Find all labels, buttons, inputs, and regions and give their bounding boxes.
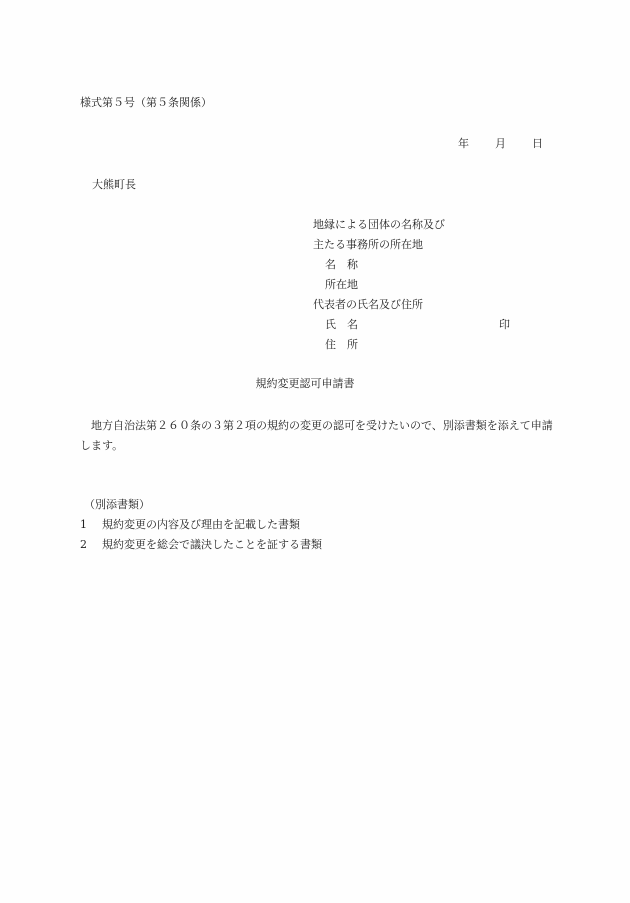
recipient: 大熊町長 <box>92 179 136 190</box>
applicant-block: 地縁による団体の名称及び 主たる事務所の所在地 名 称 所在地 代表者の氏名及び… <box>313 218 445 358</box>
attachment-number: 2 <box>80 538 102 551</box>
form-number: 様式第５号（第５条関係） <box>80 97 212 108</box>
attachment-item: 1規約変更の内容及び理由を記載した書類 <box>80 518 322 538</box>
document-title: 規約変更認可申請書 <box>0 378 630 389</box>
body-text: 地方自治法第２６０条の３第２項の規約の変更の認可を受けたいので、別添書類を添えて… <box>80 416 555 456</box>
rep-heading: 代表者の氏名及び住所 <box>313 298 445 318</box>
org-address-label: 所在地 <box>313 278 445 298</box>
org-name-label: 名 称 <box>313 258 445 278</box>
rep-name-label: 氏 名 <box>325 318 358 331</box>
attachment-item: 2規約変更を総会で議決したことを証する書類 <box>80 538 322 558</box>
attachments-heading: （別添書類） <box>80 498 322 518</box>
date-line: 年月日 <box>458 138 543 149</box>
rep-name-row: 氏 名 印 <box>313 318 445 338</box>
month-label: 月 <box>495 138 506 149</box>
attachment-text: 規約変更を総会で議決したことを証する書類 <box>102 538 322 551</box>
attachments-list: （別添書類） 1規約変更の内容及び理由を記載した書類 2規約変更を総会で議決した… <box>80 498 322 558</box>
rep-address-label: 住 所 <box>313 338 445 358</box>
org-heading-line1: 地縁による団体の名称及び <box>313 218 445 238</box>
attachment-text: 規約変更の内容及び理由を記載した書類 <box>102 518 300 531</box>
attachment-number: 1 <box>80 518 102 531</box>
day-label: 日 <box>532 138 543 149</box>
year-label: 年 <box>458 138 469 149</box>
document-title-text: 規約変更認可申請書 <box>256 378 355 389</box>
seal-label: 印 <box>499 318 510 331</box>
org-heading-line2: 主たる事務所の所在地 <box>313 238 445 258</box>
